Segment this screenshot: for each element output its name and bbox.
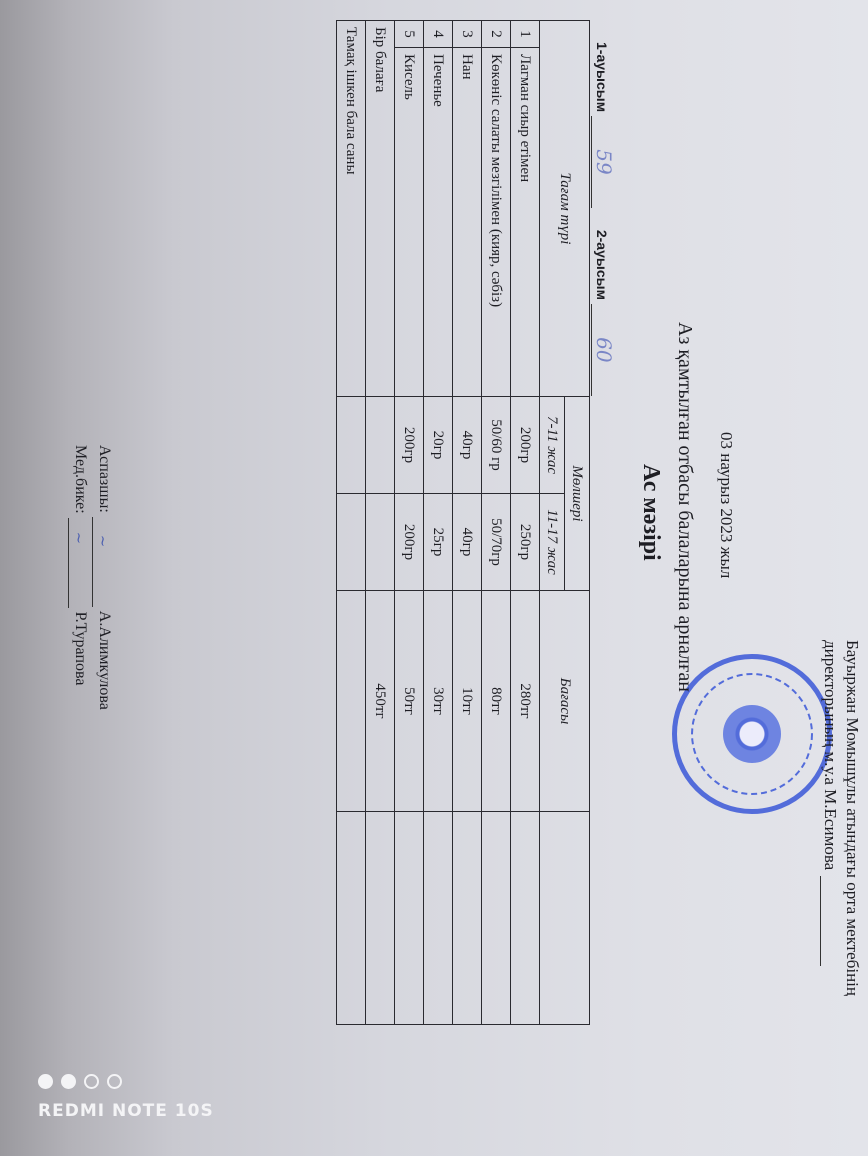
nurse-name: Р.Турапова (72, 612, 89, 686)
table-row: 4 Печенье 20гр 25гр 30тг (424, 21, 453, 1025)
document-subtitle: Аз қамтылған отбасы балаларына арналған (673, 322, 696, 692)
row-number: 3 (453, 21, 482, 48)
nurse-role: Мед.бике: (72, 445, 89, 514)
watermark-dots (38, 1074, 214, 1093)
dish-price: 280тг (511, 591, 540, 812)
blank-cell (511, 812, 540, 1025)
dot-empty-icon (107, 1074, 122, 1089)
dot-filled-icon (38, 1074, 53, 1089)
blank-cell (337, 812, 366, 1025)
summary-label: Бір балаға (366, 21, 395, 397)
summary-price (337, 591, 366, 812)
school-name-line: Бауыржан Момышұлы атындағы орта мектебін… (842, 640, 862, 996)
row-number: 5 (395, 21, 424, 48)
row-number: 4 (424, 21, 453, 48)
table-header-row: Тағам түрі Мөлшері Бағасы (565, 21, 590, 1025)
document-date: 03 наурыз 2023 жыл (716, 432, 736, 578)
blank-cell (424, 812, 453, 1025)
shift-1-value: 59 (591, 116, 616, 208)
row-number: 1 (511, 21, 540, 48)
blank-cell (366, 812, 395, 1025)
shift-1-label: 1-ауысым (594, 42, 610, 112)
shift-2-label: 2-ауысым (594, 230, 610, 300)
nurse-signature-line: ~ (68, 518, 85, 608)
amount-7-11: 50/60 гр (482, 397, 511, 494)
dish-price: 50тг (395, 591, 424, 812)
dish-name: Нан (453, 48, 482, 397)
dish-name: Кисель (395, 48, 424, 397)
amount-11-17: 50/70гр (482, 494, 511, 591)
blank-cell (482, 812, 511, 1025)
amount-11-17: 25гр (424, 494, 453, 591)
amount-7-11: 200гр (511, 397, 540, 494)
shift-counts: 1-ауысым 59 2-ауысым 60 (591, 42, 616, 414)
header-dish: Тағам түрі (540, 21, 590, 397)
school-stamp-icon (672, 654, 832, 814)
signature-nurse: Мед.бике: ~ Р.Турапова (68, 445, 92, 710)
director-approval-line: директорының м.у.а М.Есимова (820, 640, 840, 966)
header-age-11-17: 11-17 жас (540, 494, 565, 591)
camera-watermark: REDMI NOTE 10S (38, 1074, 214, 1121)
dish-name: Лагман сиыр етімен (511, 48, 540, 397)
menu-table: Тағам түрі Мөлшері Бағасы 7-11 жас 11-17… (336, 20, 590, 1025)
blank-cell (337, 397, 366, 494)
header-price: Бағасы (540, 591, 590, 812)
header-amount: Мөлшері (565, 397, 590, 591)
cook-signature-line: ~ (92, 517, 109, 607)
watermark-label: REDMI NOTE 10S (38, 1101, 214, 1121)
blank-cell (395, 812, 424, 1025)
summary-price: 450тг (366, 591, 395, 812)
blank-cell (366, 397, 395, 494)
amount-11-17: 200гр (395, 494, 424, 591)
blank-cell (453, 812, 482, 1025)
director-signature-line (820, 876, 837, 966)
table-row: 2 Көкөніс салаты мезгілімен (кияр, сәбіз… (482, 21, 511, 1025)
summary-label: Тамақ ішкен бала саны (337, 21, 366, 397)
amount-7-11: 200гр (395, 397, 424, 494)
signature-cook: Аспазшы: ~ А.Алимкулова (92, 445, 116, 710)
dish-price: 10тг (453, 591, 482, 812)
table-row: 5 Кисель 200гр 200гр 50тг (395, 21, 424, 1025)
dish-price: 80тг (482, 591, 511, 812)
cook-name: А.Алимкулова (96, 611, 113, 710)
summary-row-per-child: Бір балаға 450тг (366, 21, 395, 1025)
dot-empty-icon (84, 1074, 99, 1089)
cook-role: Аспазшы: (96, 445, 113, 513)
summary-row-children-count: Тамақ ішкен бала саны (337, 21, 366, 1025)
header-blank (540, 812, 590, 1025)
row-number: 2 (482, 21, 511, 48)
dish-name: Печенье (424, 48, 453, 397)
menu-document-sheet: Бауыржан Момышұлы атындағы орта мектебін… (0, 0, 868, 1156)
director-name: директорының м.у.а М.Есимова (821, 640, 840, 870)
amount-11-17: 40гр (453, 494, 482, 591)
signature-block: Аспазшы: ~ А.Алимкулова Мед.бике: ~ Р.Ту… (68, 445, 116, 710)
amount-7-11: 40гр (453, 397, 482, 494)
shift-2-value: 60 (591, 304, 616, 396)
dish-name: Көкөніс салаты мезгілімен (кияр, сәбіз) (482, 48, 511, 397)
blank-cell (366, 494, 395, 591)
amount-7-11: 20гр (424, 397, 453, 494)
amount-11-17: 250гр (511, 494, 540, 591)
blank-cell (337, 494, 366, 591)
document-title: Ас мәзірі (637, 464, 664, 561)
header-age-7-11: 7-11 жас (540, 397, 565, 494)
dish-price: 30тг (424, 591, 453, 812)
table-row: 1 Лагман сиыр етімен 200гр 250гр 280тг (511, 21, 540, 1025)
table-row: 3 Нан 40гр 40гр 10тг (453, 21, 482, 1025)
dot-filled-icon (61, 1074, 76, 1089)
